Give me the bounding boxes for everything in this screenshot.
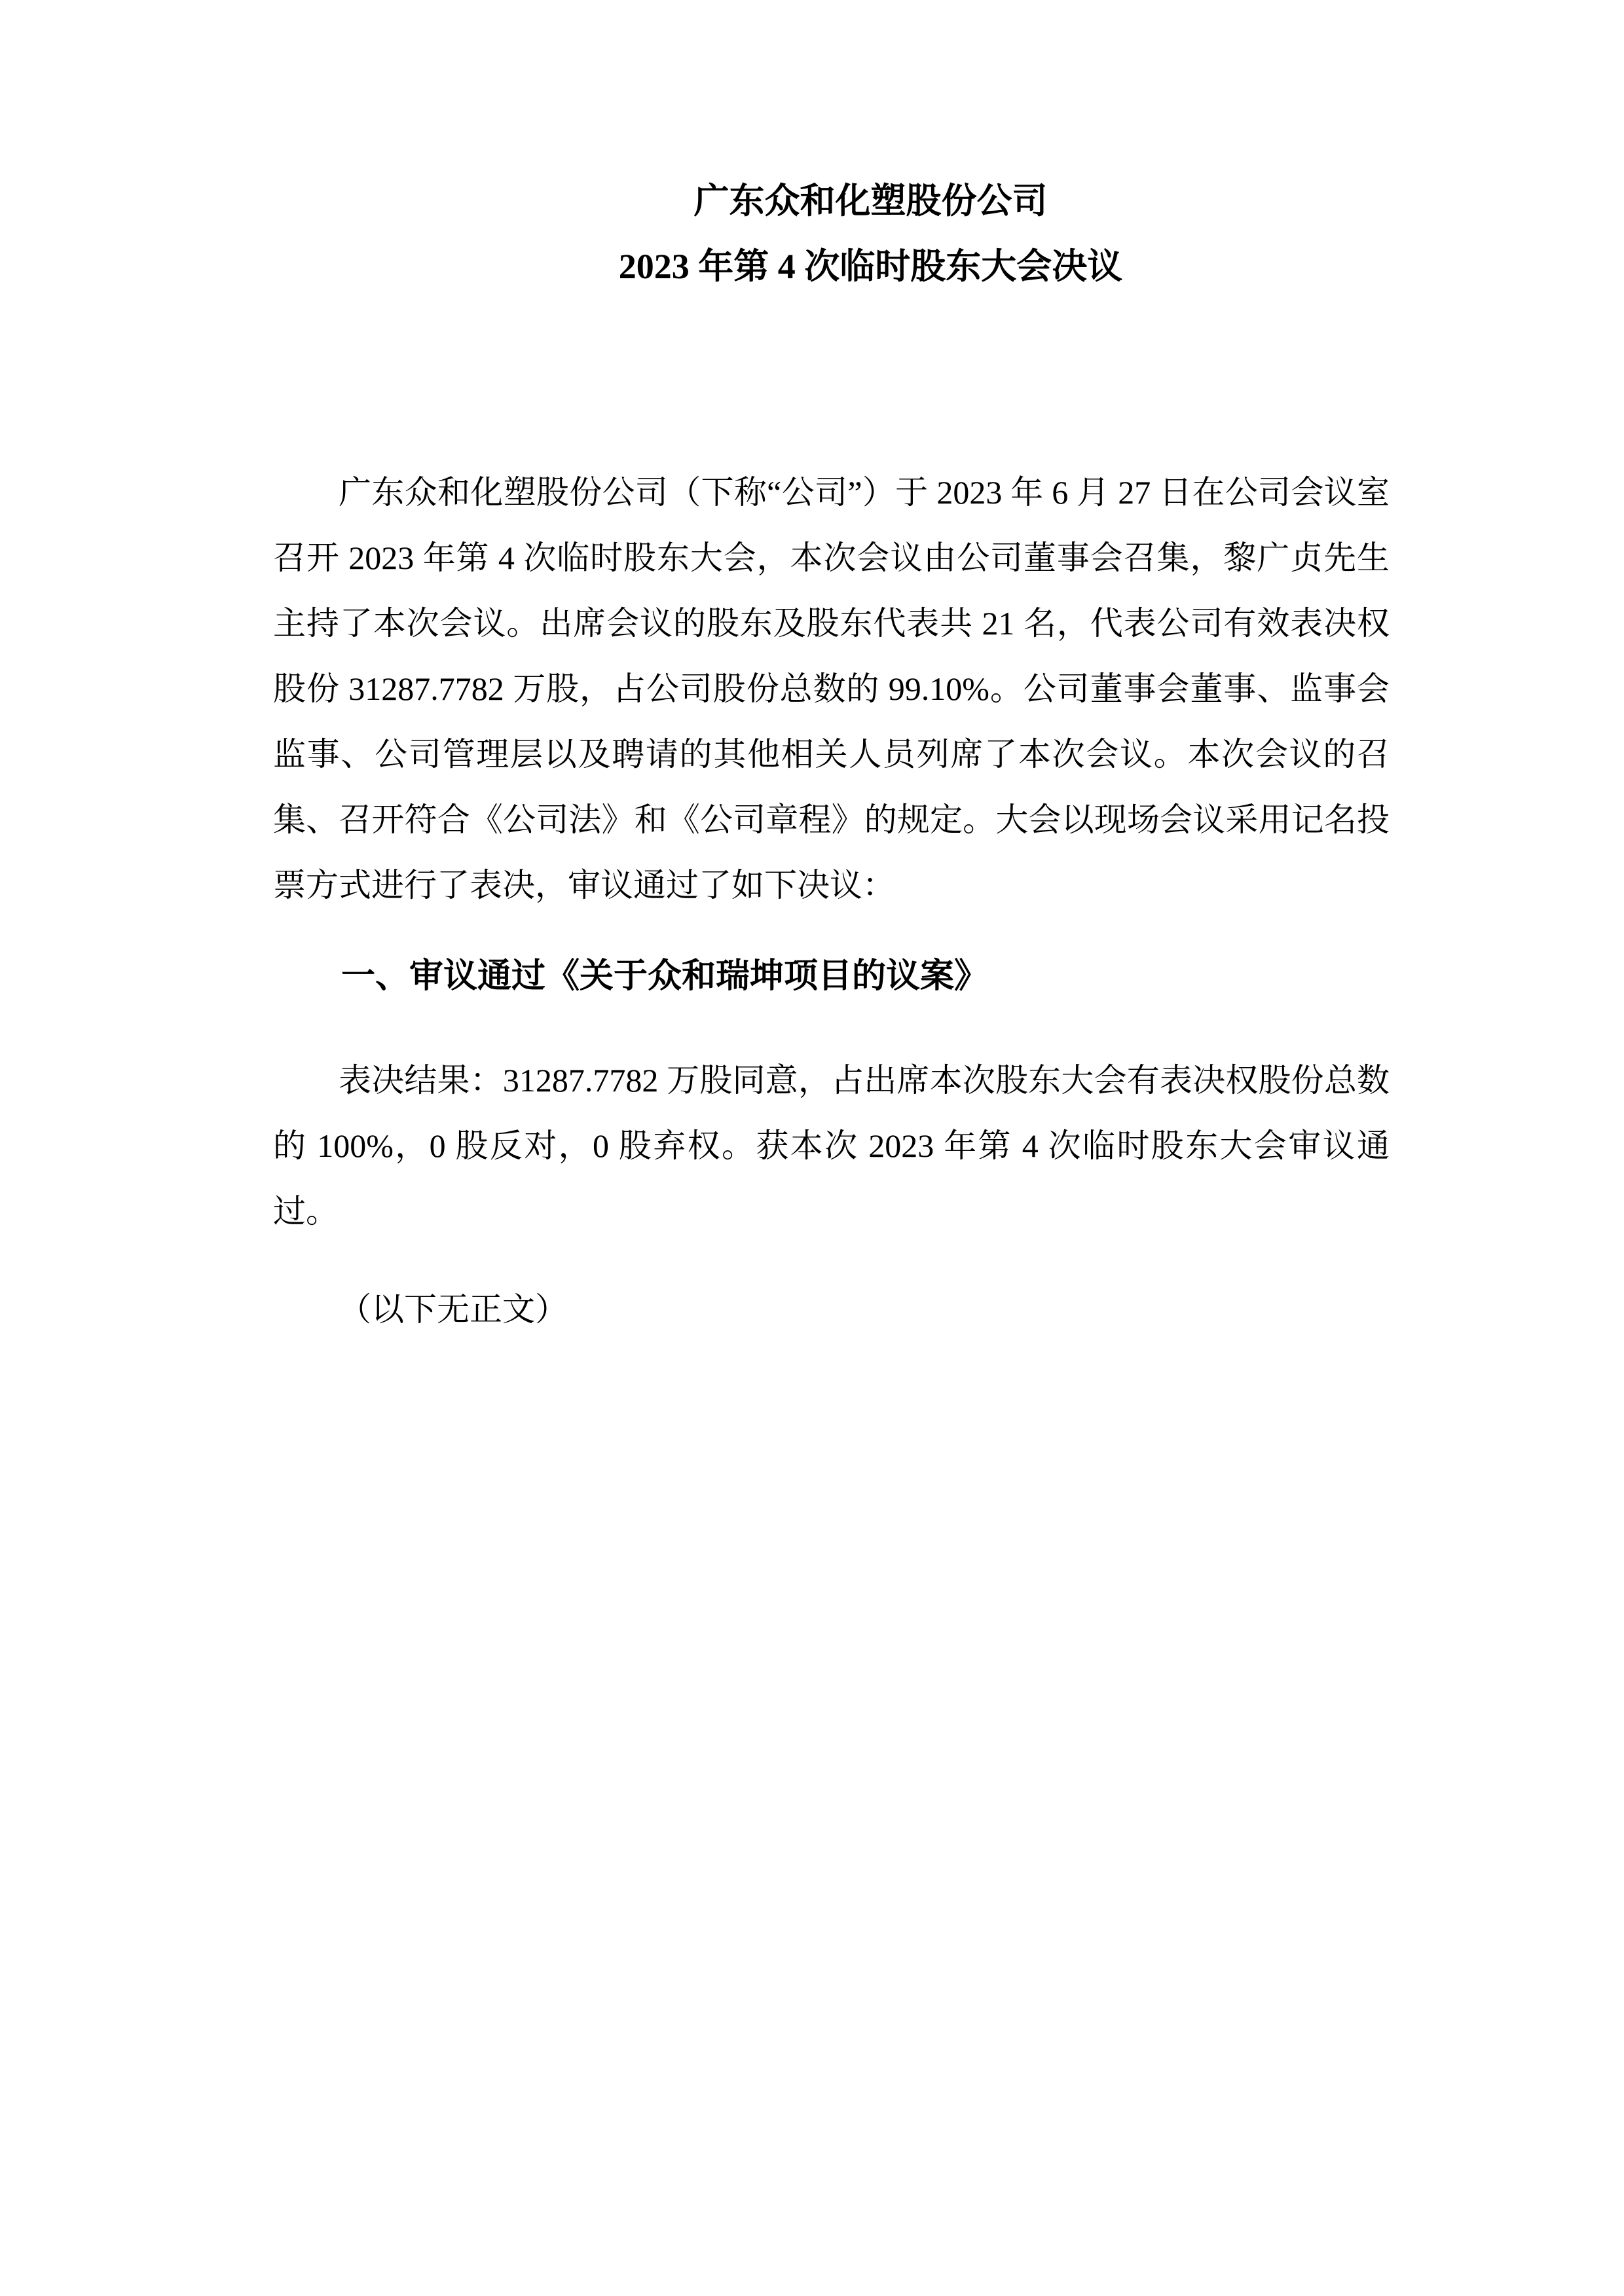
company-name-title: 广东众和化塑股份公司	[312, 168, 1429, 234]
vote-result-paragraph: 表决结果：31287.7782 万股同意，占出席本次股东大会有表决权股份总数的 …	[273, 1048, 1390, 1244]
meeting-resolution-title: 2023 年第 4 次临时股东大会决议	[312, 234, 1429, 299]
closing-note: （以下无正文）	[273, 1277, 1390, 1342]
intro-paragraph: 广东众和化塑股份公司（下称“公司”）于 2023 年 6 月 27 日在公司会议…	[273, 460, 1390, 918]
section-1-heading: 一、审议通过《关于众和瑞坤项目的议案》	[273, 944, 1390, 1010]
document-page: 广东众和化塑股份公司 2023 年第 4 次临时股东大会决议 广东众和化塑股份公…	[0, 0, 1624, 2296]
